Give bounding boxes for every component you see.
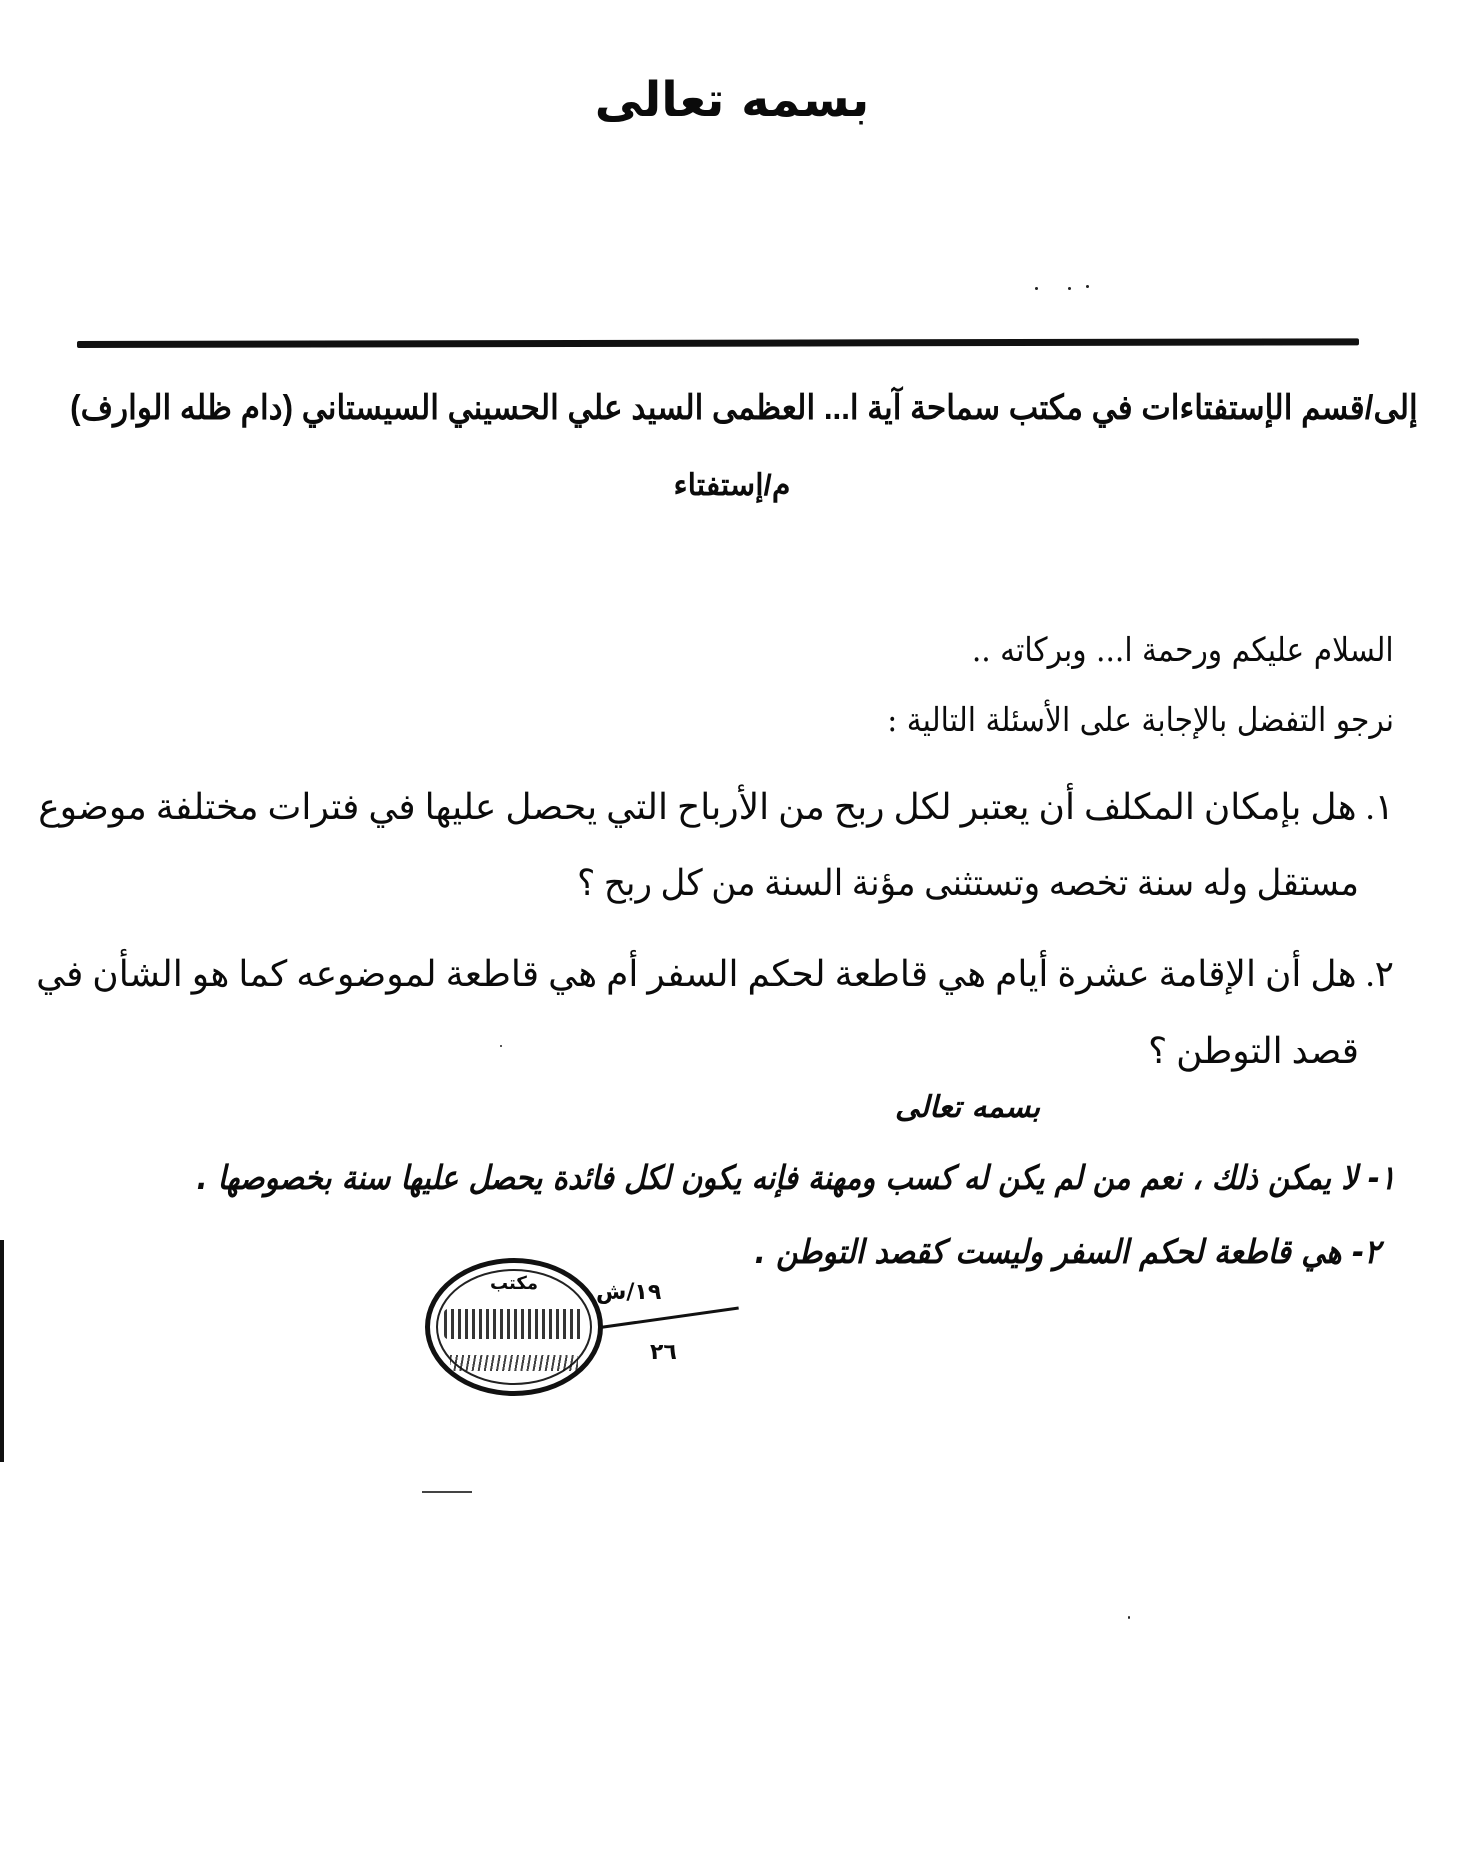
signature-stroke <box>600 1307 739 1329</box>
seal-top-text: مكتب <box>430 1273 598 1294</box>
scan-noise <box>1128 1616 1130 1619</box>
seal-date-text-2: ٢٦ <box>650 1340 677 1365</box>
seal-date-text: ١٩/ش <box>596 1280 661 1305</box>
scan-edge-line <box>0 1240 4 1462</box>
scan-noise <box>1068 287 1071 290</box>
question-1-line-1: ١. هل بإمكان المكلف أن يعتبر لكل ربح من … <box>44 786 1394 828</box>
official-seal: مكتب <box>425 1258 603 1396</box>
scan-noise <box>500 1045 502 1047</box>
answer-heading: بسمه تعالى <box>895 1090 1040 1125</box>
answer-2: ٢- هي قاطعة لحكم السفر وليست كقصد التوطن… <box>754 1232 1380 1271</box>
scan-noise-dash <box>422 1491 472 1493</box>
question-2-line-1: ٢. هل أن الإقامة عشرة أيام هي قاطعة لحكم… <box>44 953 1394 995</box>
document-title: بسمه تعالى <box>0 72 1464 128</box>
question-1-line-2: مستقل وله سنة تخصه وتستثنى مؤنة السنة من… <box>577 862 1359 904</box>
subject-line: م/إستفتاء <box>0 468 1464 503</box>
scan-noise <box>1086 285 1089 288</box>
seal-calligraphy <box>444 1309 584 1339</box>
recipient-line: إلى/قسم الإستفتاءات في مكتب سماحة آية ا.… <box>70 388 1418 428</box>
request-line: نرجو التفضل بالإجابة على الأسئلة التالية… <box>887 700 1394 739</box>
seal-bottom-calligraphy <box>450 1355 578 1371</box>
scan-noise <box>1035 287 1038 290</box>
header-divider <box>77 338 1359 348</box>
answer-1: ١- لا يمكن ذلك ، نعم من لم يكن له كسب وم… <box>197 1158 1396 1197</box>
question-2-line-2: قصد التوطن ؟ <box>1148 1030 1359 1072</box>
greeting: السلام عليكم ورحمة ا... وبركاته .. <box>972 630 1394 669</box>
